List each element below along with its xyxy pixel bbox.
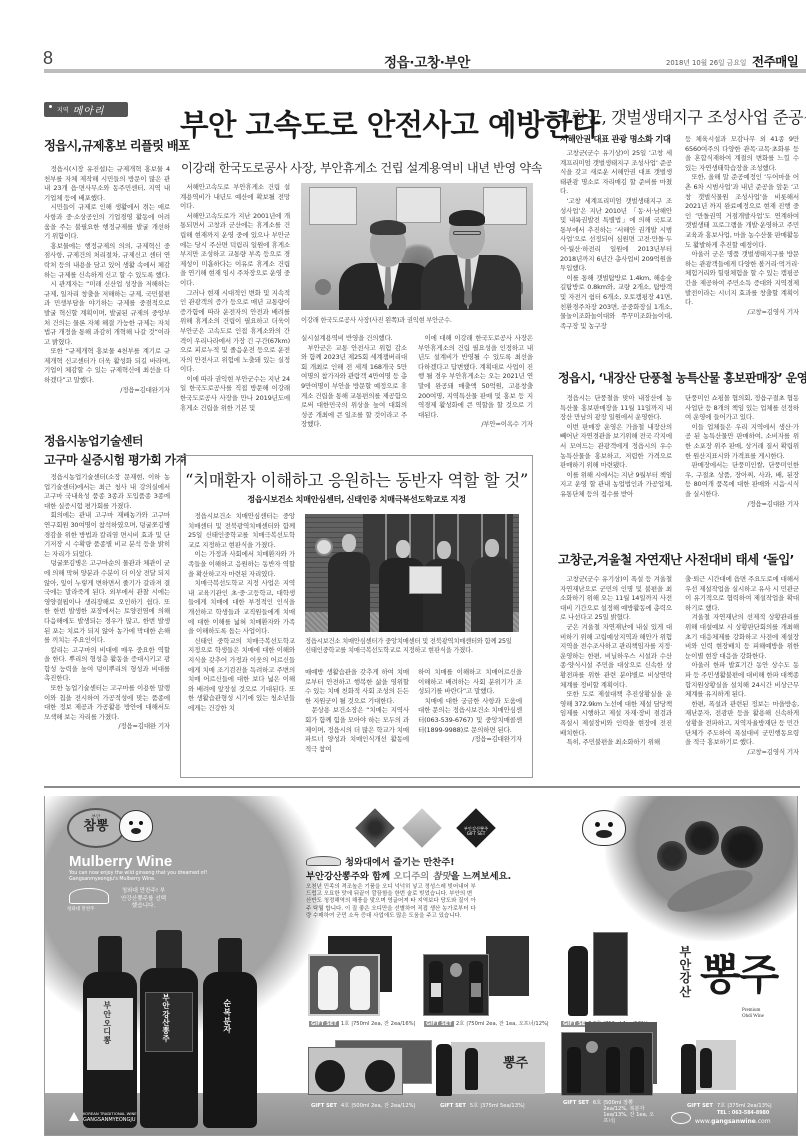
person-2-head (396, 540, 410, 558)
box-column-3: 하여 치매를 이해하고 치매어르신을 이해하고 배려하는 사회 분위기가 조성되… (418, 668, 522, 772)
paragraph: 또한, 올해 말 준공예정인 ‘두어마을 어촌 6차 시범사업’과 내년 준공을… (685, 173, 799, 250)
mulberry-wine-advertisement: 부안 참뽕 Mulberry Wine You can now enjoy th… (44, 796, 798, 1136)
paragraph: 덩굴쪼김병은 고구마순의 물관과 체관이 균에 의해 막혀 양분과 수분이 더 … (44, 559, 170, 645)
gift-set-1-image (308, 954, 380, 1016)
hair (449, 210, 485, 226)
person-3-head (437, 541, 451, 559)
blue-house-emblem-icon (69, 888, 109, 904)
person-1 (328, 552, 370, 632)
paragraph-list: 등 체육시설과 모감나무 외 41종 9만 6560여주의 다양한 관목·교목·… (685, 135, 799, 308)
paragraph-list: 정읍시보건소 치매안심센터는 중앙치매센터 및 전북광역치매센터와 함께 25일… (188, 512, 295, 713)
left-article2-kicker: 정읍시농업기술센터 (44, 432, 143, 449)
box-column-2: 매예방 생활습관을 갖추게 하여 치매로부터 안전하고 행복한 삶을 영위할 수… (305, 668, 409, 768)
wall-frame (396, 187, 441, 223)
paragraph: 군은 겨울철 자연재난에 내실 있게 대비하기 위해 고립예상지역과 해안가 위… (560, 623, 672, 690)
page-number: 8 (43, 48, 53, 69)
main-photo (301, 183, 533, 310)
box-calligraphy: 뽕주 (503, 1052, 528, 1071)
byline: /고창=김영식 기자 (685, 748, 799, 758)
box-column-1: 정읍시보건소 치매안심센터는 중앙치매센터 및 전북광역치매센터와 함께 25일… (188, 512, 295, 772)
paragraph: 치매에 대한 궁금한 사항과 도움에 대한 문의는 정읍시보건소 치매안심센터(… (418, 697, 522, 735)
paragraph-list: 고창군(군수 유기상)이 폭설 등 겨울철 자연재난으로 군민의 인명 및 불편… (560, 575, 672, 748)
paragraph: 부안군은 교통 안전사고 위험 감소와 함께 2023년 제25회 세계잼버리대… (301, 344, 407, 430)
brand-title: Mulberry Wine (69, 853, 172, 870)
brand-tagline: You can now enjoy the wild ginseng that … (69, 871, 239, 883)
header-rule (44, 69, 806, 73)
promo-subtitle-highlight: 참맛 (432, 871, 450, 882)
badge-title: 메아리 (73, 102, 105, 117)
issue-date: 2018년 10월 26일 금요일 (666, 57, 746, 67)
promo-title: 청와대에서 즐기는 만찬주! (345, 854, 455, 868)
paragraph: 신태인 중학교의 치매극복선도학교 지정으로 학생들은 치매에 대한 이해와 지… (188, 637, 295, 714)
paragraph: 한편, 폭설과 관련된 정보는 마을방송, 재난문자, 전광판 등을 활용해 신… (685, 700, 799, 748)
gift-set-2-image (423, 954, 489, 1016)
section-title: 정읍·고창·부안 (327, 51, 527, 71)
footer-brand-line2: GANGSANMYEONGJU (83, 1117, 136, 1123)
gift-set-5-bottle (465, 1048, 478, 1090)
paragraph-list: 단풍미인 쇼핑몰 협의회, 정읍구절초 협동사업단 등 8개의 책임 있는 업체… (685, 394, 799, 500)
byline: /정읍=김대완 기자 (44, 722, 170, 732)
wall-frame (309, 187, 357, 225)
gift-set-5-label: GIFT SET5호|375ml 5ea/13%| (438, 1102, 525, 1109)
newspaper-name: 전주매일 (752, 52, 798, 70)
hair (370, 220, 406, 235)
right-article3-column-2: 출·퇴근 시간대에 읍면 주요도로에 대해서 우선 제설작업을 실시하고 유사 … (685, 575, 799, 783)
right-article1-headline: 고창군, 갯벌생태지구 조성사업 준공식 열어 (556, 104, 806, 128)
right-article2-headline: 정읍시, ‘내장산 단풍철 농특산물 홍보판매장’ 운영 (558, 369, 806, 386)
paragraph: 이들 업체들은 우리 지역에서 생산·가공 된 농특산물만 판매하여, 소비자를… (685, 423, 799, 461)
right-article1-subheadline: 서해안권 대표 관광 명소화 기대 (560, 133, 671, 145)
paragraph: 회의에는 관내 고구마 재배농가와 고구마 연구회원 30여명이 참석하였으며,… (44, 511, 170, 559)
left-article2-body: 정읍시농업기술센터(소장 문재현, 이하 농업기술센터)에서는 최근 청사 내 … (44, 473, 170, 783)
paragraph: 또한 도로 제설대책 추진상황실을 운영해 372.9km 노선에 대한 제설 … (560, 690, 672, 738)
left-article2-headline: 고구마 실증시험 평가회 가져 (44, 451, 187, 468)
person-4-head (485, 539, 499, 557)
paragraph-list: 이에 대해 이강래 한국도로공사 사장은 부안휴게소의 건립 필요성을 인정하고… (418, 334, 533, 420)
bottle-oddi: 부안오디뽕 (83, 936, 137, 1128)
promo-subtitle-part: 부안강산뽕주와 함께 (306, 871, 393, 882)
contact-tel: TEL : 063-584-8980 (717, 1111, 769, 1116)
gift-set-7-bottle (681, 1044, 696, 1094)
ad-separator-rule (44, 786, 800, 788)
paragraph: 단풍미인 쇼핑몰 협의회, 정읍구절초 협동사업단 등 8개의 책임 있는 업체… (685, 394, 799, 423)
paragraph: 이를 위해 시에서는 지난 9월부터 책임지고 운영 할 관내 농업법인과 가공… (560, 471, 672, 500)
mulberry-berry (657, 841, 687, 871)
paragraph: 고창군(군수 유기상)이 폭설 등 겨울철 자연재난으로 군민의 인명 및 불편… (560, 575, 672, 623)
gift-set-3-bottle (568, 946, 588, 1016)
paragraph: 판매장에서는 단풍미인쌀, 단풍미인한우, 구절초 상품, 장아찌, 사과, 배… (685, 461, 799, 499)
promo-subtitle: 부안강산뽕주와 함께 오디주의 참맛을 느껴보세요. (306, 868, 511, 882)
paragraph: ‘고창 세계프리미엄 갯벌생태지구 조성사업’은 지난 2010년 「동·서·남… (560, 197, 672, 274)
bottle-label: 순복분자 (223, 1000, 231, 1035)
footer-brand-line1: KOREAN TRADITIONAL WINE (83, 1111, 137, 1116)
paragraph: 또한 농업기술센터는 고구마를 이용한 말랭이와 칩을 전시하여 가공적성에 맞… (44, 684, 170, 722)
paragraph: 정읍시보건소 치매안심센터는 중앙치매센터 및 전북광역치매센터와 함께 25일… (188, 512, 295, 550)
blue-house-emblem-small-icon (306, 856, 341, 866)
paragraph: 정읍시농업기술센터(소장 문재현, 이하 농업기술센터)에서는 최근 청사 내 … (44, 473, 170, 511)
paragraph-list: 출·퇴근 시간대에 읍면 주요도로에 대해서 우선 제설작업을 실시하고 유사 … (685, 575, 799, 748)
promo-subtitle-part: 을 느껴보세요. (450, 871, 511, 882)
right-article3-column-1: 고창군(군수 유기상)이 폭설 등 겨울철 자연재난으로 군민의 인명 및 불편… (560, 575, 672, 780)
right-article2-column-2: 단풍미인 쇼핑몰 협의회, 정읍구절초 협동사업단 등 8개의 책임 있는 업체… (685, 394, 799, 526)
paragraph: 아울러 한파 발효기간 동안 상수도 동파 등 주민생활불편에 대비해 한파 대… (685, 661, 799, 699)
paragraph-list: 정읍시농업기술센터(소장 문재현, 이하 농업기술센터)에서는 최근 청사 내 … (44, 473, 170, 722)
paragraph: 문상용 보건소장은 “치매는 지역사회가 함께 힘을 모아야 하는 모두의 과제… (305, 706, 409, 754)
byline: /정읍=김대완 기자 (685, 500, 799, 510)
paragraph-list: 실시설계용역비 반영을 건의했다.부안군은 교통 안전사고 위험 감소와 함께 … (301, 334, 407, 430)
box-subheadline: 정읍시보건소 치매안심센터, 신태인중 치매극복선도학교로 지정 (180, 494, 533, 505)
gift-set-1-label: GIFT SET1호|750ml 2ea, 잔 2ea/16%| (309, 1020, 415, 1027)
diamond-text: 부안강산뽕주 GIFT SET (450, 826, 502, 836)
paragraph: 이에 대해 이강래 한국도로공사 사장은 부안휴게소의 건립 필요성을 인정하고… (418, 334, 533, 420)
paragraph: 이에 따라 권익현 부안군수는 지난 24일 한국도로공사를 직접 방문해 이강… (180, 375, 290, 413)
selection-text: 청와대 만찬주! 부안강산뽕주를 선택했습니다. (121, 888, 166, 911)
main-subheadline: 이강래 한국도로공사 사장, 부안휴게소 건립 설계용역비 내년 반영 약속 (181, 159, 542, 176)
paragraph: 이를 통해 갯벌탐방로 1.4km, 해송숲길탐방로 0.8km와, 교량 2개… (560, 274, 672, 332)
main-column-3: 이에 대해 이강래 한국도로공사 사장은 부안휴게소의 건립 필요성을 인정하고… (418, 334, 533, 436)
product-title-main: 뽕주 (700, 942, 777, 1002)
paragraph: 시민들이 규제로 인해 생활에서 겪는 애로사항과 중·소상공인의 기업경영 활… (44, 203, 170, 241)
paragraph: 정읍시(시장 유진섭)는 규제개혁 홍보물 4천부를 자체 제작해 시민들의 방… (44, 165, 170, 203)
paragraph: 하여 치매를 이해하고 치매어르신을 이해하고 배려하는 사회 분위기가 조성되… (418, 668, 522, 697)
box-photo (305, 514, 519, 632)
diamond-text-line2: GIFT SET (450, 831, 502, 836)
main-column-1: 서해안고속도로 부안휴게소 건립 설계용역비가 내년도 예산에 확보될 전망이다… (180, 183, 290, 437)
contact-website: www.gangsanwine.com (695, 1118, 771, 1125)
section-badge: 지역 메아리 (44, 102, 128, 117)
byline: /정읍=김대완기자 (44, 386, 170, 393)
paragraph: 출·퇴근 시간대에 읍면 주요도로에 대해서 우선 제설작업을 실시하고 유사 … (685, 575, 799, 613)
paragraph-list: 하여 치매를 이해하고 치매어르신을 이해하고 배려하는 사회 분위기가 조성되… (418, 668, 522, 735)
trophy-ball (315, 279, 331, 295)
brand-logo: 부안 참뽕 (67, 808, 125, 848)
diamond-photo-field (402, 808, 442, 848)
bottle-label: 부안오디뽕 (103, 1002, 111, 1046)
paragraph: 시 관계자는 “미래 신산업 성장을 저해하는 규제, 일자리 창출을 저해하는… (44, 280, 170, 347)
gift-set-7-bottle (700, 1048, 712, 1088)
gift-set-2-label: GIFT SET2호|750ml 2ea, 잔 1ea, 오프너/12%| (424, 1020, 549, 1027)
company-logo-icon (671, 1112, 691, 1124)
paragraph: 이는 가정과 사회에서 치매환자와 가족들을 이해하고 응원하는 동반자 역할을… (188, 550, 295, 579)
byline: /고창=김영식 기자 (685, 308, 799, 318)
paragraph: 또한 “규제개혁 홍보물 4천부를 계기로 규제개혁 신고센터가 더욱 활성화 … (44, 347, 170, 385)
mascot-icon (119, 810, 153, 842)
right-article1-column-1: 고창군(군수 유기상)이 25일 ‘고창 세계프리미엄 갯벌생태지구 조성사업’… (560, 149, 672, 345)
gift-set-4-image (308, 1047, 403, 1095)
emblem-label: 청와대 만찬주 (67, 906, 95, 912)
logo-main-text: 참뽕 (69, 820, 123, 834)
gift-set-7-label: GIFT SET7호|375ml 2ea/13%| (685, 1102, 772, 1109)
paragraph: 서해안고속도로 부안휴게소 건립 설계용역비가 내년도 예산에 확보될 전망이다… (180, 183, 290, 212)
main-headline: 부안 고속도로 안전사고 예방한다 (180, 102, 600, 144)
gift-set-3-box (593, 932, 628, 1016)
left-article1-body: 정읍시(시장 유진섭)는 규제개혁 홍보물 4천부를 자체 제작해 시민들의 방… (44, 165, 170, 393)
paragraph: 등 체육시설과 모감나무 외 41종 9만 6560여주의 다양한 관목·교목·… (685, 135, 799, 173)
person-1-head (342, 534, 356, 552)
paragraph: 칼리는 고구마의 비대에 매우 중요한 역할을 한다. 뿌리의 형성층 활동을 … (44, 646, 170, 684)
mulberry-photo-background (605, 796, 798, 941)
paragraph: 고창군(군수 유기상)이 25일 ‘고창 세계프리미엄 갯벌생태지구 조성사업’… (560, 149, 672, 197)
paragraph: 홍보물에는 행정규제의 의의, 규제혁신 중점사항, 규제건의 처리절차, 규제… (44, 242, 170, 280)
box-photo-caption: 정읍시보건소 치매안심센터가 중앙치매센터 및 전북광역치매센터와 함께 25일… (305, 637, 519, 655)
paragraph: 겨울철 자연재난의 선제적 상황관리를 위해 대설예보 시 상황판단회의를 개최… (685, 613, 799, 661)
right-article3-headline: 고창군,겨울철 자연재난 사전대비 태세 ‘돌입’ (558, 549, 794, 568)
sign (315, 538, 333, 556)
diamond-photo-mulberry (355, 808, 395, 848)
gift-set-4-label: GIFT SET4호|500ml 2ea, 잔 2ea/12%| (309, 1102, 415, 1109)
mulberry-berry (685, 821, 719, 855)
paragraph-list: 매예방 생활습관을 갖추게 하여 치매로부터 안전하고 행복한 삶을 영위할 수… (305, 668, 409, 754)
person-4 (471, 557, 513, 632)
paragraph: 서해안고속도로가 지난 2001년에 개통되면서 고창과 군산에는 휴게소를 건… (180, 212, 290, 289)
bottle-ppongju: 부안강산뽕주 (140, 930, 198, 1128)
byline: /부안=이옥수 기자 (418, 420, 533, 430)
right-article2-column-1: 정읍시는 단풍철을 맞아 내장산에 농특산물 홍보판매장을 11월 11일까지 … (560, 394, 672, 522)
gift-set-6-label: GIFT SET6호|500ml 장뽕2ea/12%, 복분자1ea/13%, … (561, 1100, 661, 1124)
paragraph: 정읍시는 단풍철을 맞아 내장산에 농특산물 홍보판매장을 11월 11일까지 … (560, 394, 672, 423)
product-title-vertical: 부안강산 (679, 946, 692, 999)
bullet-icon (49, 105, 52, 108)
paragraph-list: 정읍시는 단풍철을 맞아 내장산에 농특산물 홍보판매장을 11월 11일까지 … (560, 394, 672, 500)
bottle-bokbunja: 순복분자 (203, 938, 257, 1128)
paragraph: 매예방 생활습관을 갖추게 하여 치매로부터 안전하고 행복한 삶을 영위할 수… (305, 668, 409, 706)
gift-box-back (486, 936, 529, 996)
promo-body: 오천년 민족의 격조높은 기품을 오디 넉넉히 넣고 정성스레 빚어내어 부드럽… (306, 884, 476, 920)
paragraph: 특히, 주민불편을 최소화하기 위해 (560, 738, 672, 748)
product-title-english: Premium Ohdi Wine (742, 1008, 764, 1020)
left-article1-headline: 정읍시,규제홍보 리플릿 배포 (44, 136, 189, 154)
badge-prefix: 지역 (57, 105, 69, 114)
gift-set-6-image (561, 1032, 653, 1096)
paragraph: 실시설계용역비 반영을 건의했다. (301, 334, 407, 344)
plaque (409, 566, 442, 594)
byline: /정읍=김대완기자 (418, 735, 522, 745)
main-column-2: 실시설계용역비 반영을 건의했다.부안군은 교통 안전사고 위험 감소와 함께 … (301, 334, 407, 436)
wall-frame (483, 187, 527, 225)
bottle-label: 부안강산뽕주 (162, 994, 170, 1044)
mascot-large-icon (582, 810, 626, 846)
paragraph-list: 정읍시(시장 유진섭)는 규제개혁 홍보물 4천부를 자체 제작해 시민들의 방… (44, 165, 170, 386)
right-article1-column-2: 등 체육시설과 모감나무 외 41종 9만 6560여주의 다양한 관목·교목·… (685, 135, 799, 347)
paragraph: 이번 판매장 운영은 가을철 내장산의 빼어난 자연경관을 보기위해 전국 각지… (560, 423, 672, 471)
gift-set-5-bottle (436, 1044, 452, 1096)
paragraph-list: 서해안고속도로 부안휴게소 건립 설계용역비가 내년도 예산에 확보될 전망이다… (180, 183, 290, 413)
main-photo-caption: 이강래 한국도로공사 사장(사진 왼쪽)과 권익현 부안군수. (301, 316, 533, 325)
mulberry-berry (721, 826, 763, 868)
paragraph: 아울러 군은 명품 갯벌생태지구를 방문하는 관광객들에게 다양한 볼거리·먹거… (685, 250, 799, 308)
promo-subtitle-highlight: 오디주의 (393, 871, 432, 882)
paragraph: 그러나 현재 시대적인 변화 및 지속적인 관광객의 증가 등으로 매년 교통량… (180, 289, 290, 375)
glasses (453, 231, 481, 235)
paragraph: 치매극복선도학교 지정 사업은 지역 내 교육기관인 초·중·고등학교, 대학생… (188, 579, 295, 637)
box-headline: “치매환자 이해하고 응원하는 동반자 역할 할 것” (180, 467, 533, 491)
paragraph-list: 고창군(군수 유기상)이 25일 ‘고창 세계프리미엄 갯벌생태지구 조성사업’… (560, 149, 672, 331)
